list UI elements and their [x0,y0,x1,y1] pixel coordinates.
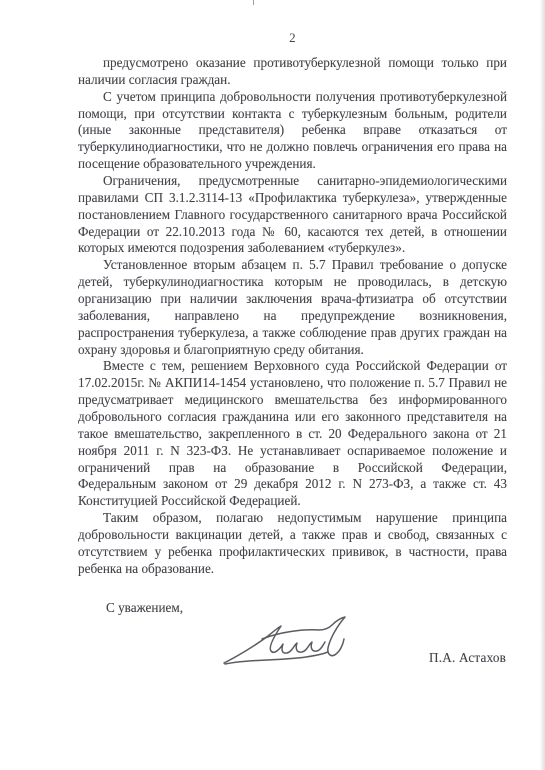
signatory-name: П.А. Астахов [429,650,506,666]
text-line: Федерации от 22.10.2013 года № 60, касаю… [78,224,507,241]
document-page: 2 предусмотрено оказание противотуберкул… [0,0,545,770]
text-line: предусмотрено оказание противотуберкулез… [78,55,507,72]
text-line: С учетом принципа добровольности получен… [78,89,507,106]
text-line: отсутствием у ребенка профилактических п… [78,544,507,561]
text-line: постановлением Главного государственного… [78,207,507,224]
page-number: 2 [78,30,507,46]
paragraph: предусмотрено оказание противотуберкулез… [78,55,507,89]
closing-salutation: С уважением, [106,600,183,616]
paragraph: Таким образом, полагаю недопустимым нару… [78,510,507,577]
text-line: 17.02.2015г. № АКПИ14-1454 установлено, … [78,375,507,392]
text-line: Вместе с тем, решением Верховного суда Р… [78,358,507,375]
paragraph: Установленное вторым абзацем п. 5.7 Прав… [78,257,507,358]
text-line: распространения туберкулеза, а также соб… [78,325,507,342]
text-line: добровольного согласия гражданина или ег… [78,409,507,426]
text-line: правилами СП 3.1.2.3114-13 «Профилактика… [78,190,507,207]
text-line: ребенка на образование. [78,561,507,578]
letter-body: предусмотрено оказание противотуберкулез… [78,55,507,578]
text-line: организацию при наличии заключения врача… [78,291,507,308]
text-line: (иные законные представителя) ребенка вп… [78,122,507,139]
scan-edge-shadow [540,0,545,770]
text-line: детей, туберкулинодиагностика которым не… [78,274,507,291]
text-line: Ограничения, предусмотренные санитарно-э… [78,173,507,190]
signature-icon [222,616,364,674]
text-line: ограничений прав на образование в Россий… [78,460,507,477]
text-line: ноября 2011 г. N 323-ФЗ. Не устанавливае… [78,443,507,460]
text-line: наличии согласия граждан. [78,72,507,89]
text-line: Установленное вторым абзацем п. 5.7 Прав… [78,257,507,274]
text-line: Федеральным законом от 29 декабря 2012 г… [78,476,507,493]
text-line: Конституцией Российской Федерацией. [78,493,507,510]
text-line: помощи, при отсутствии контакта с туберк… [78,106,507,123]
text-line: посещение образовательного учреждения. [78,156,507,173]
paragraph: С учетом принципа добровольности получен… [78,89,507,173]
paragraph: Вместе с тем, решением Верховного суда Р… [78,358,507,510]
text-line: туберкулинодиагностики, что не должно по… [78,139,507,156]
text-line: заболевания, направлено на предупреждени… [78,308,507,325]
text-line: которых имеются подозрения заболеванием … [78,240,507,257]
scan-artifact-tick [253,0,254,5]
text-line: такое вмешательство, закрепленного в ст.… [78,426,507,443]
text-line: предусматривает медицинского вмешательст… [78,392,507,409]
paragraph: Ограничения, предусмотренные санитарно-э… [78,173,507,257]
text-line: охрану здоровья и благоприятную среду об… [78,342,507,359]
text-line: добровольности вакцинации детей, а также… [78,527,507,544]
text-line: Таким образом, полагаю недопустимым нару… [78,510,507,527]
